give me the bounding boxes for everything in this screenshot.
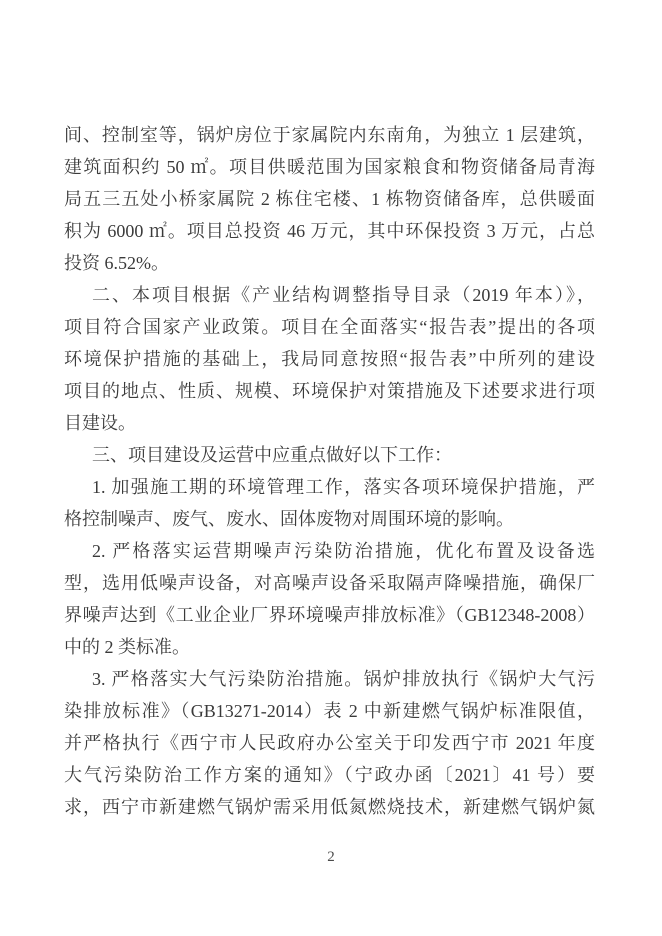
paragraph-item-3-heading: 三、项目建设及运营中应重点做好以下工作：: [64, 439, 595, 471]
document-line: 二、本项目根据《产业结构调整指导目录（2019 年本）》，: [64, 279, 595, 311]
document-line: 局五三五处小桥家属院 2 栋住宅楼、1 栋物资储备库，总供暖面: [64, 183, 595, 215]
document-line: 建筑面积约 50 ㎡。项目供暖范围为国家粮食和物资储备局青海: [64, 151, 595, 183]
document-line: 项目符合国家产业政策。项目在全面落实“报告表”提出的各项: [64, 311, 595, 343]
document-line: 环境保护措施的基础上，我局同意按照“报告表”中所列的建设: [64, 343, 595, 375]
document-line: 1. 加强施工期的环境管理工作，落实各项环境保护措施，严: [64, 471, 595, 503]
document-line: 求，西宁市新建燃气锅炉需采用低氮燃烧技术，新建燃气锅炉氮: [64, 791, 595, 823]
document-line: 界噪声达到《工业企业厂界环境噪声排放标准》（GB12348-2008）: [64, 599, 595, 631]
document-line: 积为 6000 ㎡。项目总投资 46 万元，其中环保投资 3 万元，占总: [64, 215, 595, 247]
document-line: 目建设。: [64, 407, 595, 439]
document-body: 间、控制室等，锅炉房位于家属院内东南角，为独立 1 层建筑，建筑面积约 50 ㎡…: [64, 119, 595, 823]
document-line: 大气污染防治工作方案的通知》（宁政办函〔2021〕41 号）要: [64, 759, 595, 791]
paragraph-item-3-1-construction-period: 1. 加强施工期的环境管理工作，落实各项环境保护措施，严格控制噪声、废气、废水、…: [64, 471, 595, 535]
document-line: 2. 严格落实运营期噪声污染防治措施，优化布置及设备选: [64, 535, 595, 567]
document-line: 型，选用低噪声设备，对高噪声设备采取隔声降噪措施，确保厂: [64, 567, 595, 599]
document-line: 项目的地点、性质、规模、环境保护对策措施及下述要求进行项: [64, 375, 595, 407]
document-line: 中的 2 类标准。: [64, 631, 595, 663]
document-line: 并严格执行《西宁市人民政府办公室关于印发西宁市 2021 年度: [64, 727, 595, 759]
paragraph-project-overview-continued: 间、控制室等，锅炉房位于家属院内东南角，为独立 1 层建筑，建筑面积约 50 ㎡…: [64, 119, 595, 279]
document-line: 投资 6.52%。: [64, 247, 595, 279]
document-line: 3. 严格落实大气污染防治措施。锅炉排放执行《锅炉大气污: [64, 663, 595, 695]
document-line: 格控制噪声、废气、废水、固体废物对周围环境的影响。: [64, 503, 595, 535]
document-page: 间、控制室等，锅炉房位于家属院内东南角，为独立 1 层建筑，建筑面积约 50 ㎡…: [0, 0, 662, 936]
paragraph-item-3-3-air-pollution: 3. 严格落实大气污染防治措施。锅炉排放执行《锅炉大气污染排放标准》（GB132…: [64, 663, 595, 823]
paragraph-item-2-industrial-policy: 二、本项目根据《产业结构调整指导目录（2019 年本）》，项目符合国家产业政策。…: [64, 279, 595, 439]
document-line: 三、项目建设及运营中应重点做好以下工作：: [64, 439, 595, 471]
document-line: 间、控制室等，锅炉房位于家属院内东南角，为独立 1 层建筑，: [64, 119, 595, 151]
page-number: 2: [0, 847, 662, 867]
paragraph-item-3-2-noise-control: 2. 严格落实运营期噪声污染防治措施，优化布置及设备选型，选用低噪声设备，对高噪…: [64, 535, 595, 663]
document-line: 染排放标准》（GB13271-2014）表 2 中新建燃气锅炉标准限值，: [64, 695, 595, 727]
